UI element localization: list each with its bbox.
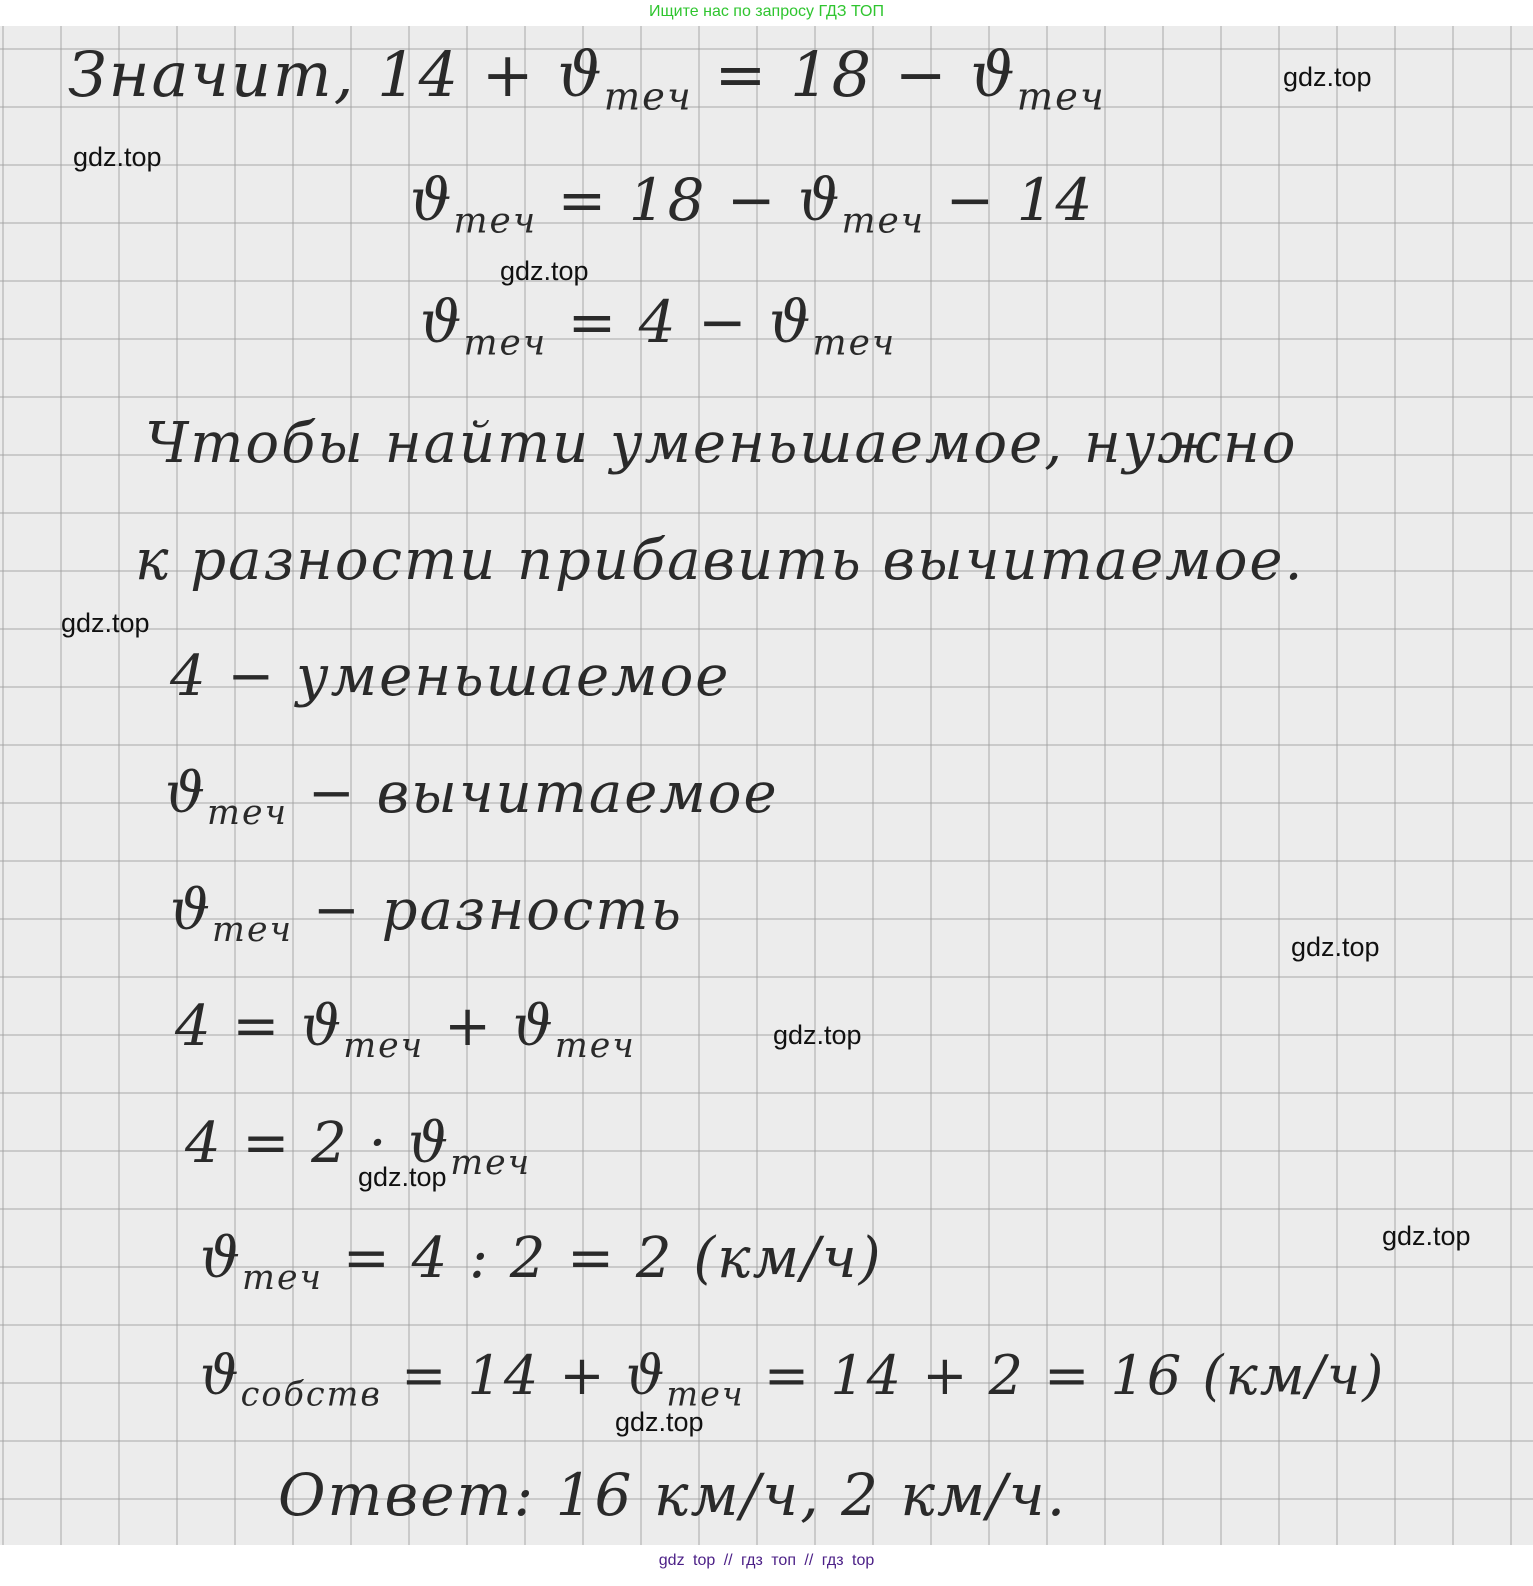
watermark: gdz.top: [1291, 932, 1380, 963]
watermark: gdz.top: [500, 256, 589, 287]
watermark: gdz.top: [773, 1020, 862, 1051]
watermark: gdz.top: [1283, 62, 1372, 93]
solution-line-9: 4 = ϑтеч + ϑтеч: [175, 994, 636, 1066]
solution-line-12: ϑсобств = 14 + ϑтеч = 14 + 2 = 16 (км/ч): [200, 1344, 1385, 1414]
watermark: gdz.top: [61, 608, 150, 639]
solution-line-7: ϑтеч − вычитаемое: [165, 761, 779, 833]
notebook-page: Значит, 14 + ϑтеч = 18 − ϑтеч ϑтеч = 18 …: [0, 26, 1533, 1545]
answer-line: Ответ: 16 км/ч, 2 км/ч.: [278, 1461, 1067, 1529]
solution-line-6: 4 − уменьшаемое: [170, 644, 730, 709]
top-banner: Ищите нас по запросу ГДЗ ТОП: [0, 0, 1533, 26]
footer-links: gdz top // гдз топ // гдз top: [0, 1545, 1533, 1586]
solution-line-5: к разности прибавить вычитаемое.: [135, 528, 1304, 593]
solution-line-4: Чтобы найти уменьшаемое, нужно: [145, 411, 1298, 476]
solution-line-3: ϑтеч = 4 − ϑтеч: [420, 288, 896, 364]
solution-line-1: Значит, 14 + ϑтеч = 18 − ϑтеч: [68, 38, 1106, 119]
watermark: gdz.top: [73, 142, 162, 173]
watermark: gdz.top: [615, 1407, 704, 1438]
solution-line-2: ϑтеч = 18 − ϑтеч − 14: [410, 166, 1094, 242]
solution-line-11: ϑтеч = 4 : 2 = 2 (км/ч): [200, 1226, 883, 1298]
solution-line-8: ϑтеч − разность: [170, 878, 683, 950]
watermark: gdz.top: [358, 1162, 447, 1193]
watermark: gdz.top: [1382, 1221, 1471, 1252]
